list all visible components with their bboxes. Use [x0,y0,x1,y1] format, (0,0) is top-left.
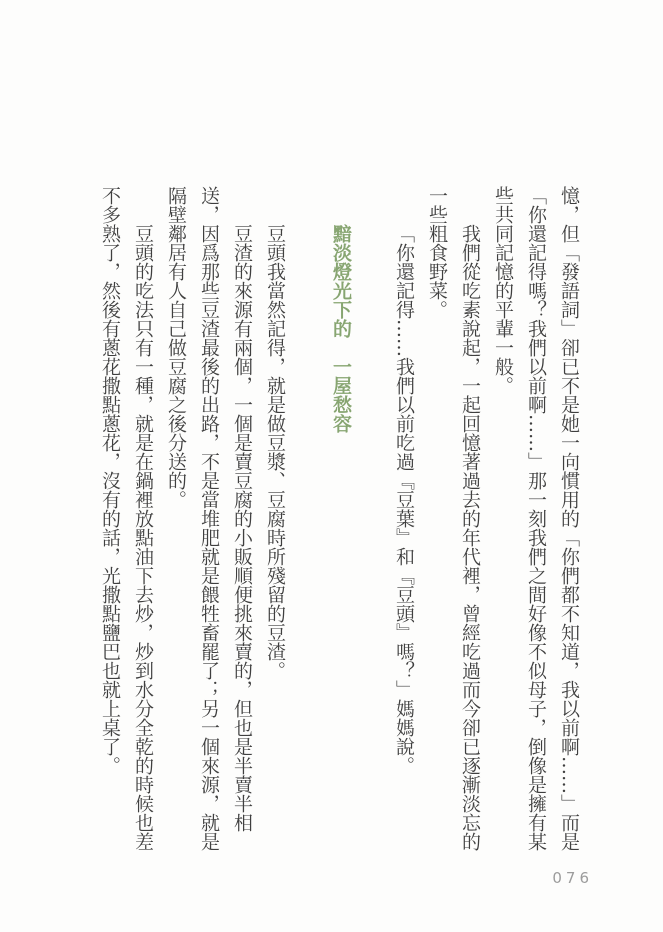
paragraph-5: 豆渣的來源有兩個，一個是賣豆腐的小販順便挑來賣的，但也是半賣半相送，因爲那些豆渣… [159,186,258,860]
paragraph-6: 豆頭的吃法只有一種，就是在鍋裡放點油下去炒，炒到水分全乾的時候也差不多熟了，然後… [93,186,159,860]
paragraph-2: 我們從吃素說起，一起回憶著過去的年代裡，曾經吃過而今卻已逐漸淡忘的一些粗食野菜。 [420,186,486,860]
paragraph-3-dialogue: 「你還記得……我們以前吃過『豆葉』和『豆頭』嗎？」媽媽說。 [387,186,420,860]
page-number: 076 [552,869,593,887]
paragraph-1: 憶，但「發語詞」卻已不是她一向慣用的「你們都不知道，我以前啊……」而是「你還記得… [486,186,585,860]
section-heading: 黯淡燈光下的 一屋愁容 [324,186,357,860]
vertical-text-block: 憶，但「發語詞」卻已不是她一向慣用的「你們都不知道，我以前啊……」而是「你還記得… [93,186,585,860]
book-page: 憶，但「發語詞」卻已不是她一向慣用的「你們都不知道，我以前啊……」而是「你還記得… [0,0,663,932]
paragraph-4: 豆頭我當然記得，就是做豆漿、豆腐時所殘留的豆渣。 [258,186,291,860]
